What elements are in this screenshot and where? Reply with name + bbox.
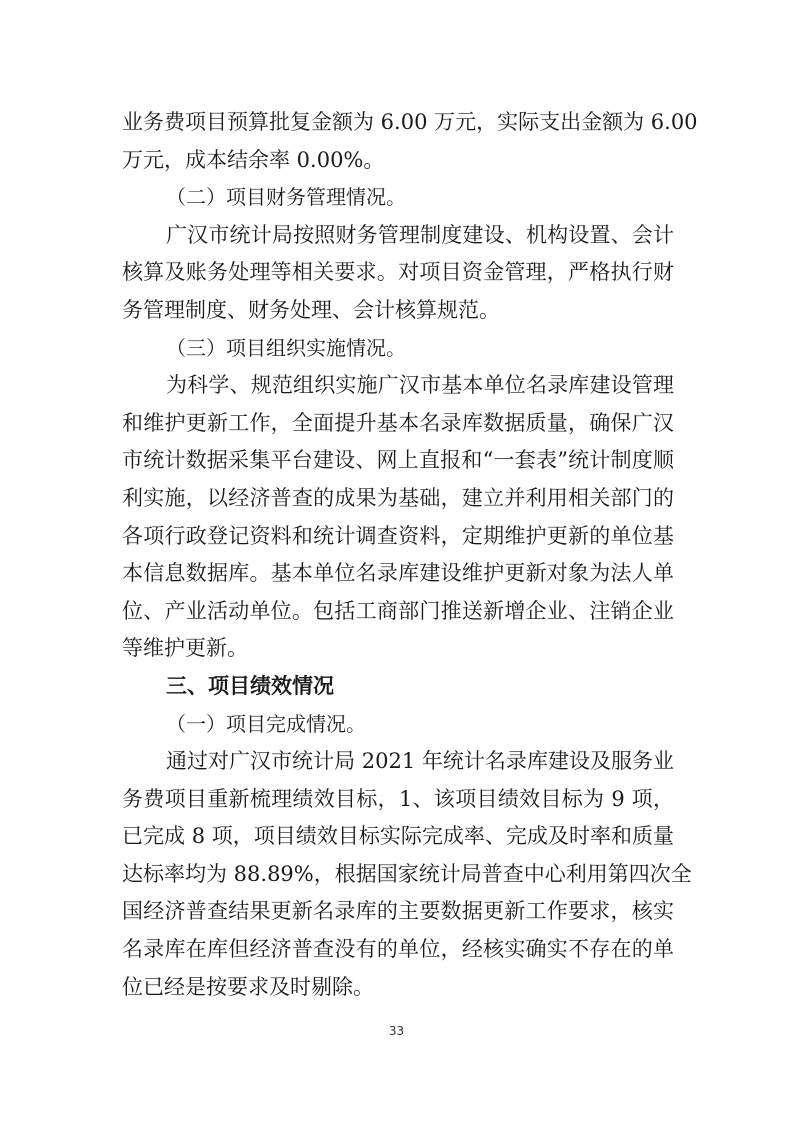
text-line: 核算及账务处理等相关要求。对项目资金管理，严格执行财 [122, 254, 674, 292]
text-line: 国经济普查结果更新名录库的主要数据更新工作要求，核实 [122, 893, 674, 931]
page-number: 33 [0, 1024, 793, 1038]
text-line: 为科学、规范组织实施广汉市基本单位名录库建设管理 [122, 367, 674, 405]
text-line: 广汉市统计局按照财务管理制度建设、机构设置、会计 [122, 217, 674, 255]
text-line: 通过对广汉市统计局 2021 年统计名录库建设及服务业 [122, 743, 674, 781]
text-line: 位、产业活动单位。包括工商部门推送新增企业、注销企业 [122, 593, 674, 631]
text-line: 等维护更新。 [122, 630, 674, 668]
text-line: 务费项目重新梳理绩效目标，1、该项目绩效目标为 9 项， [122, 781, 674, 819]
subheading-organization-implementation: （三）项目组织实施情况。 [122, 330, 674, 368]
text-line: 本信息数据库。基本单位名录库建设维护更新对象为法人单 [122, 555, 674, 593]
text-line: 位已经是按要求及时剔除。 [122, 969, 674, 1007]
text-line: 万元，成本结余率 0.00%。 [122, 142, 674, 180]
subheading-project-completion: （一）项目完成情况。 [122, 706, 674, 744]
text-line: 市统计数据采集平台建设、网上直报和“一套表”统计制度顺 [122, 442, 674, 480]
text-line: 务管理制度、财务处理、会计核算规范。 [122, 292, 674, 330]
text-line: 利实施，以经济普查的成果为基础，建立并利用相关部门的 [122, 480, 674, 518]
text-line: 达标率均为 88.89%，根据国家统计局普查中心利用第四次全 [122, 856, 674, 894]
text-line: 已完成 8 项，项目绩效目标实际完成率、完成及时率和质量 [122, 818, 674, 856]
document-page: 业务费项目预算批复金额为 6.00 万元，实际支出金额为 6.00 万元，成本结… [122, 104, 674, 1006]
text-line: 业务费项目预算批复金额为 6.00 万元，实际支出金额为 6.00 [122, 104, 674, 142]
section-heading-performance: 三、项目绩效情况 [122, 668, 674, 706]
text-line: 名录库在库但经济普查没有的单位，经核实确实不存在的单 [122, 931, 674, 969]
subheading-financial-management: （二）项目财务管理情况。 [122, 179, 674, 217]
text-line: 各项行政登记资料和统计调查资料，定期维护更新的单位基 [122, 518, 674, 556]
text-line: 和维护更新工作，全面提升基本名录库数据质量，确保广汉 [122, 405, 674, 443]
